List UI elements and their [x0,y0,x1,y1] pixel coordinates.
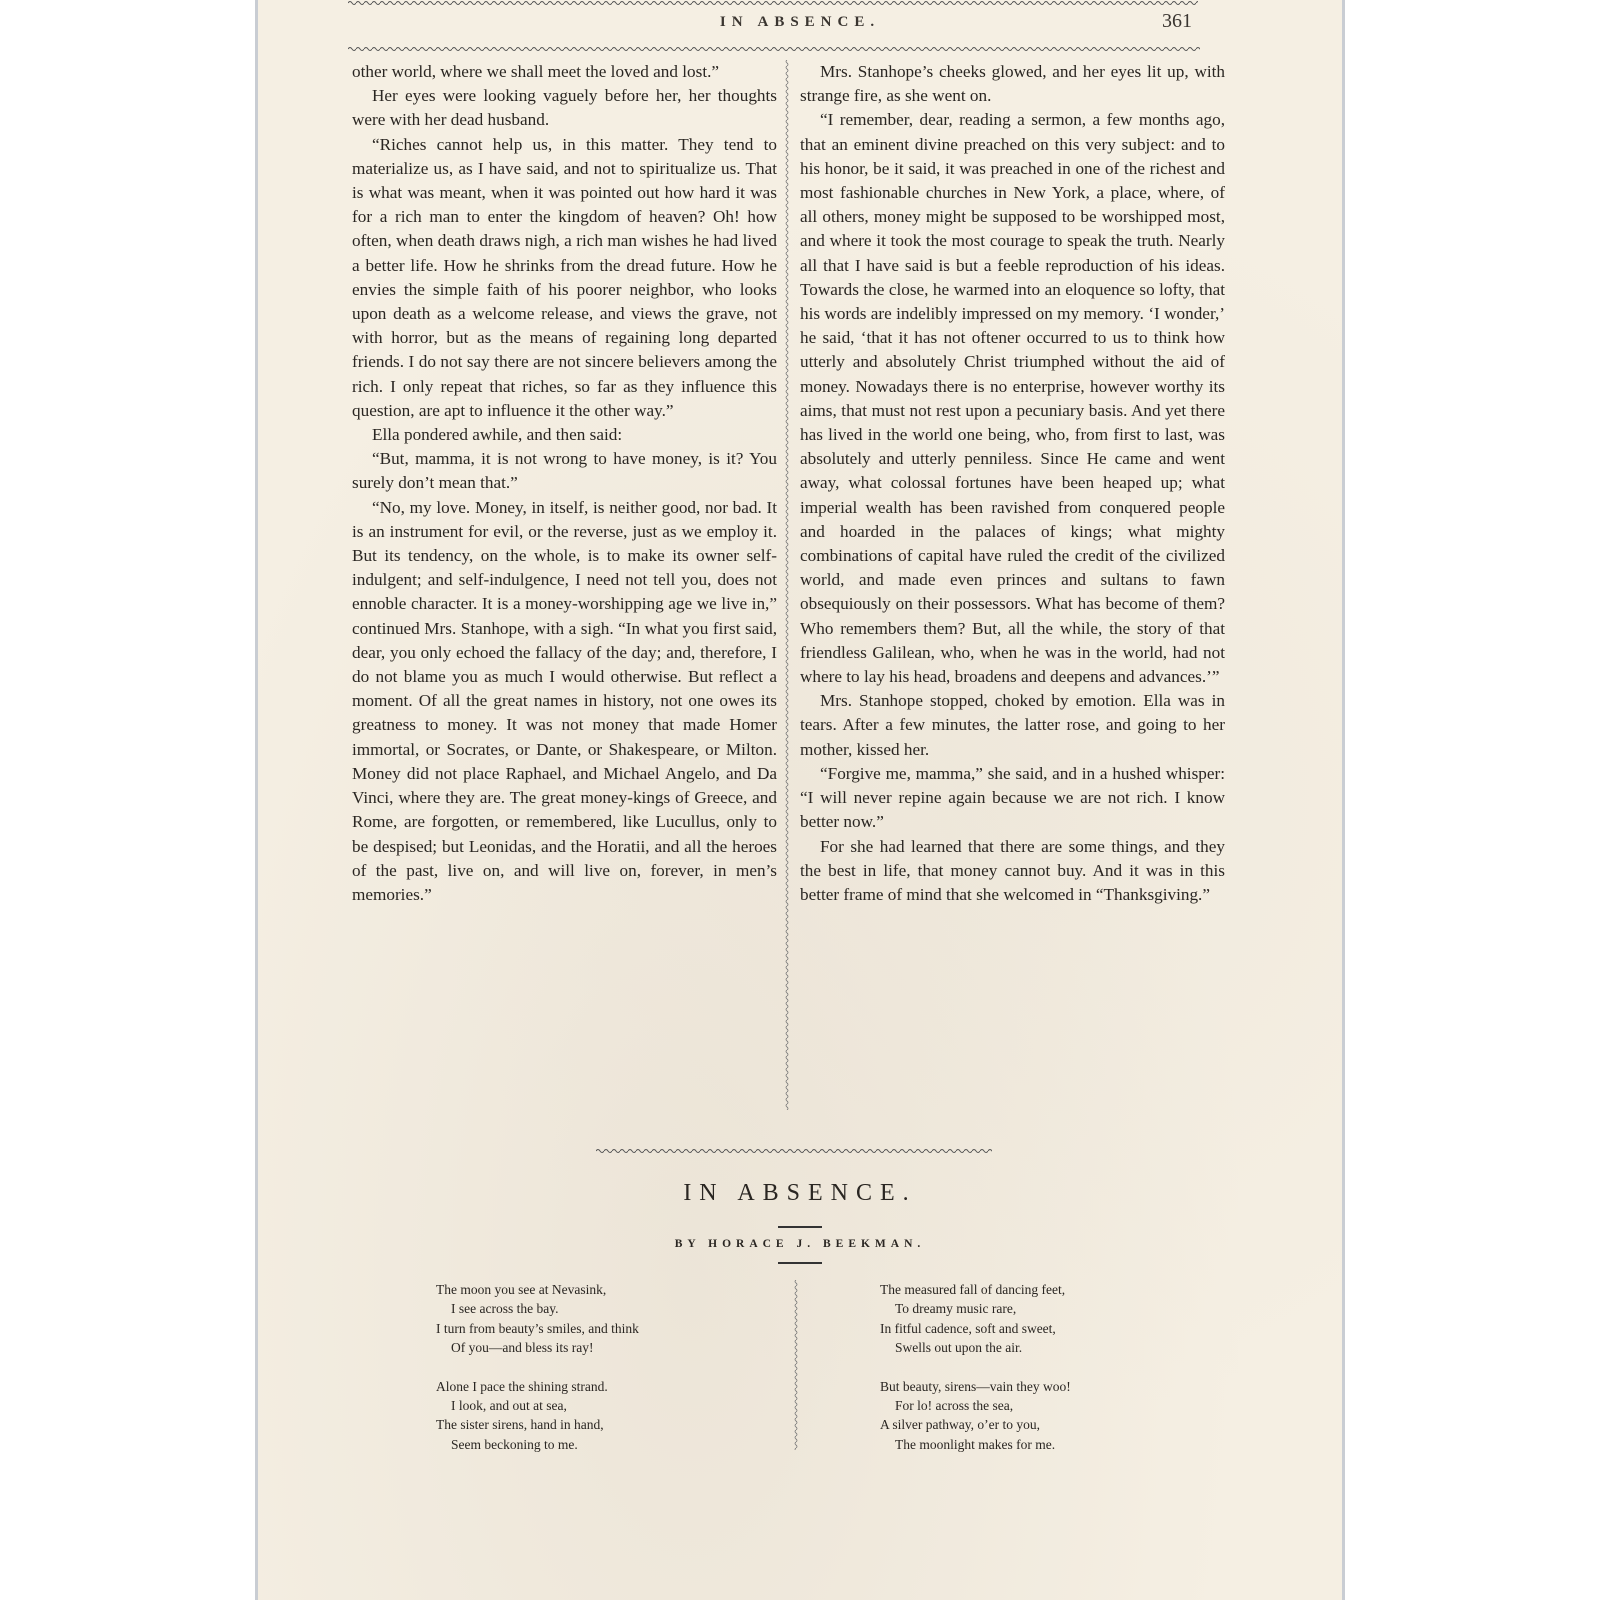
poem-line: I turn from beauty’s smiles, and think [436,1319,639,1338]
poem-right-stanzas: The measured fall of dancing feet,To dre… [880,1280,1071,1473]
byline-rule [778,1262,822,1264]
poem-line: I look, and out at sea, [436,1396,639,1415]
page-number: 361 [1162,10,1192,33]
top-wavy-rule [348,0,1198,6]
poem-byline: BY HORACE J. BEEKMAN. [0,1238,1600,1250]
poem-line: Alone I pace the shining strand. [436,1377,639,1396]
paragraph: Her eyes were looking vaguely before her… [352,84,777,132]
poem-line: Seem beckoning to me. [436,1435,639,1454]
paragraph: Mrs. Stanhope’s cheeks glowed, and her e… [800,60,1225,108]
poem-line: The sister sirens, hand in hand, [436,1415,639,1434]
stanza: Alone I pace the shining strand.I look, … [436,1377,639,1455]
poem-line: A silver pathway, o’er to you, [880,1415,1071,1434]
poem-line: Of you—and bless its ray! [436,1338,639,1357]
paragraph: “Forgive me, mamma,” she said, and in a … [800,762,1225,835]
section-wavy-rule [596,1148,992,1154]
stanza: But beauty, sirens—vain they woo!For lo!… [880,1377,1071,1455]
left-column: other world, where we shall meet the lov… [352,60,777,907]
paragraph: other world, where we shall meet the lov… [352,60,777,84]
paragraph: “Riches cannot help us, in this matter. … [352,133,777,423]
title-rule [778,1226,822,1228]
poem-divider [794,1280,798,1450]
column-divider [785,60,789,1110]
poem-line: But beauty, sirens—vain they woo! [880,1377,1071,1396]
paragraph: “But, mamma, it is not wrong to have mon… [352,447,777,495]
poem-line: Swells out upon the air. [880,1338,1071,1357]
paragraph: Ella pondered awhile, and then said: [352,423,777,447]
right-column: Mrs. Stanhope’s cheeks glowed, and her e… [800,60,1225,907]
poem-line: The moonlight makes for me. [880,1435,1071,1454]
paragraph: Mrs. Stanhope stopped, choked by emotion… [800,689,1225,762]
poem-line: In fitful cadence, soft and sweet, [880,1319,1071,1338]
poem-line: I see across the bay. [436,1299,639,1318]
poem-line: The measured fall of dancing feet, [880,1280,1071,1299]
poem-title: IN ABSENCE. [0,1180,1600,1207]
poem-line: The moon you see at Nevasink, [436,1280,639,1299]
paragraph: “I remember, dear, reading a sermon, a f… [800,108,1225,689]
poem-line: To dreamy music rare, [880,1299,1071,1318]
paragraph: For she had learned that there are some … [800,835,1225,908]
running-head: IN ABSENCE. [0,14,1600,31]
poem-left-stanzas: The moon you see at Nevasink,I see acros… [436,1280,639,1473]
stanza: The moon you see at Nevasink,I see acros… [436,1280,639,1358]
paragraph: “No, my love. Money, in itself, is neith… [352,496,777,907]
poem-line: For lo! across the sea, [880,1396,1071,1415]
stanza: The measured fall of dancing feet,To dre… [880,1280,1071,1358]
header-wavy-rule [348,46,1200,52]
